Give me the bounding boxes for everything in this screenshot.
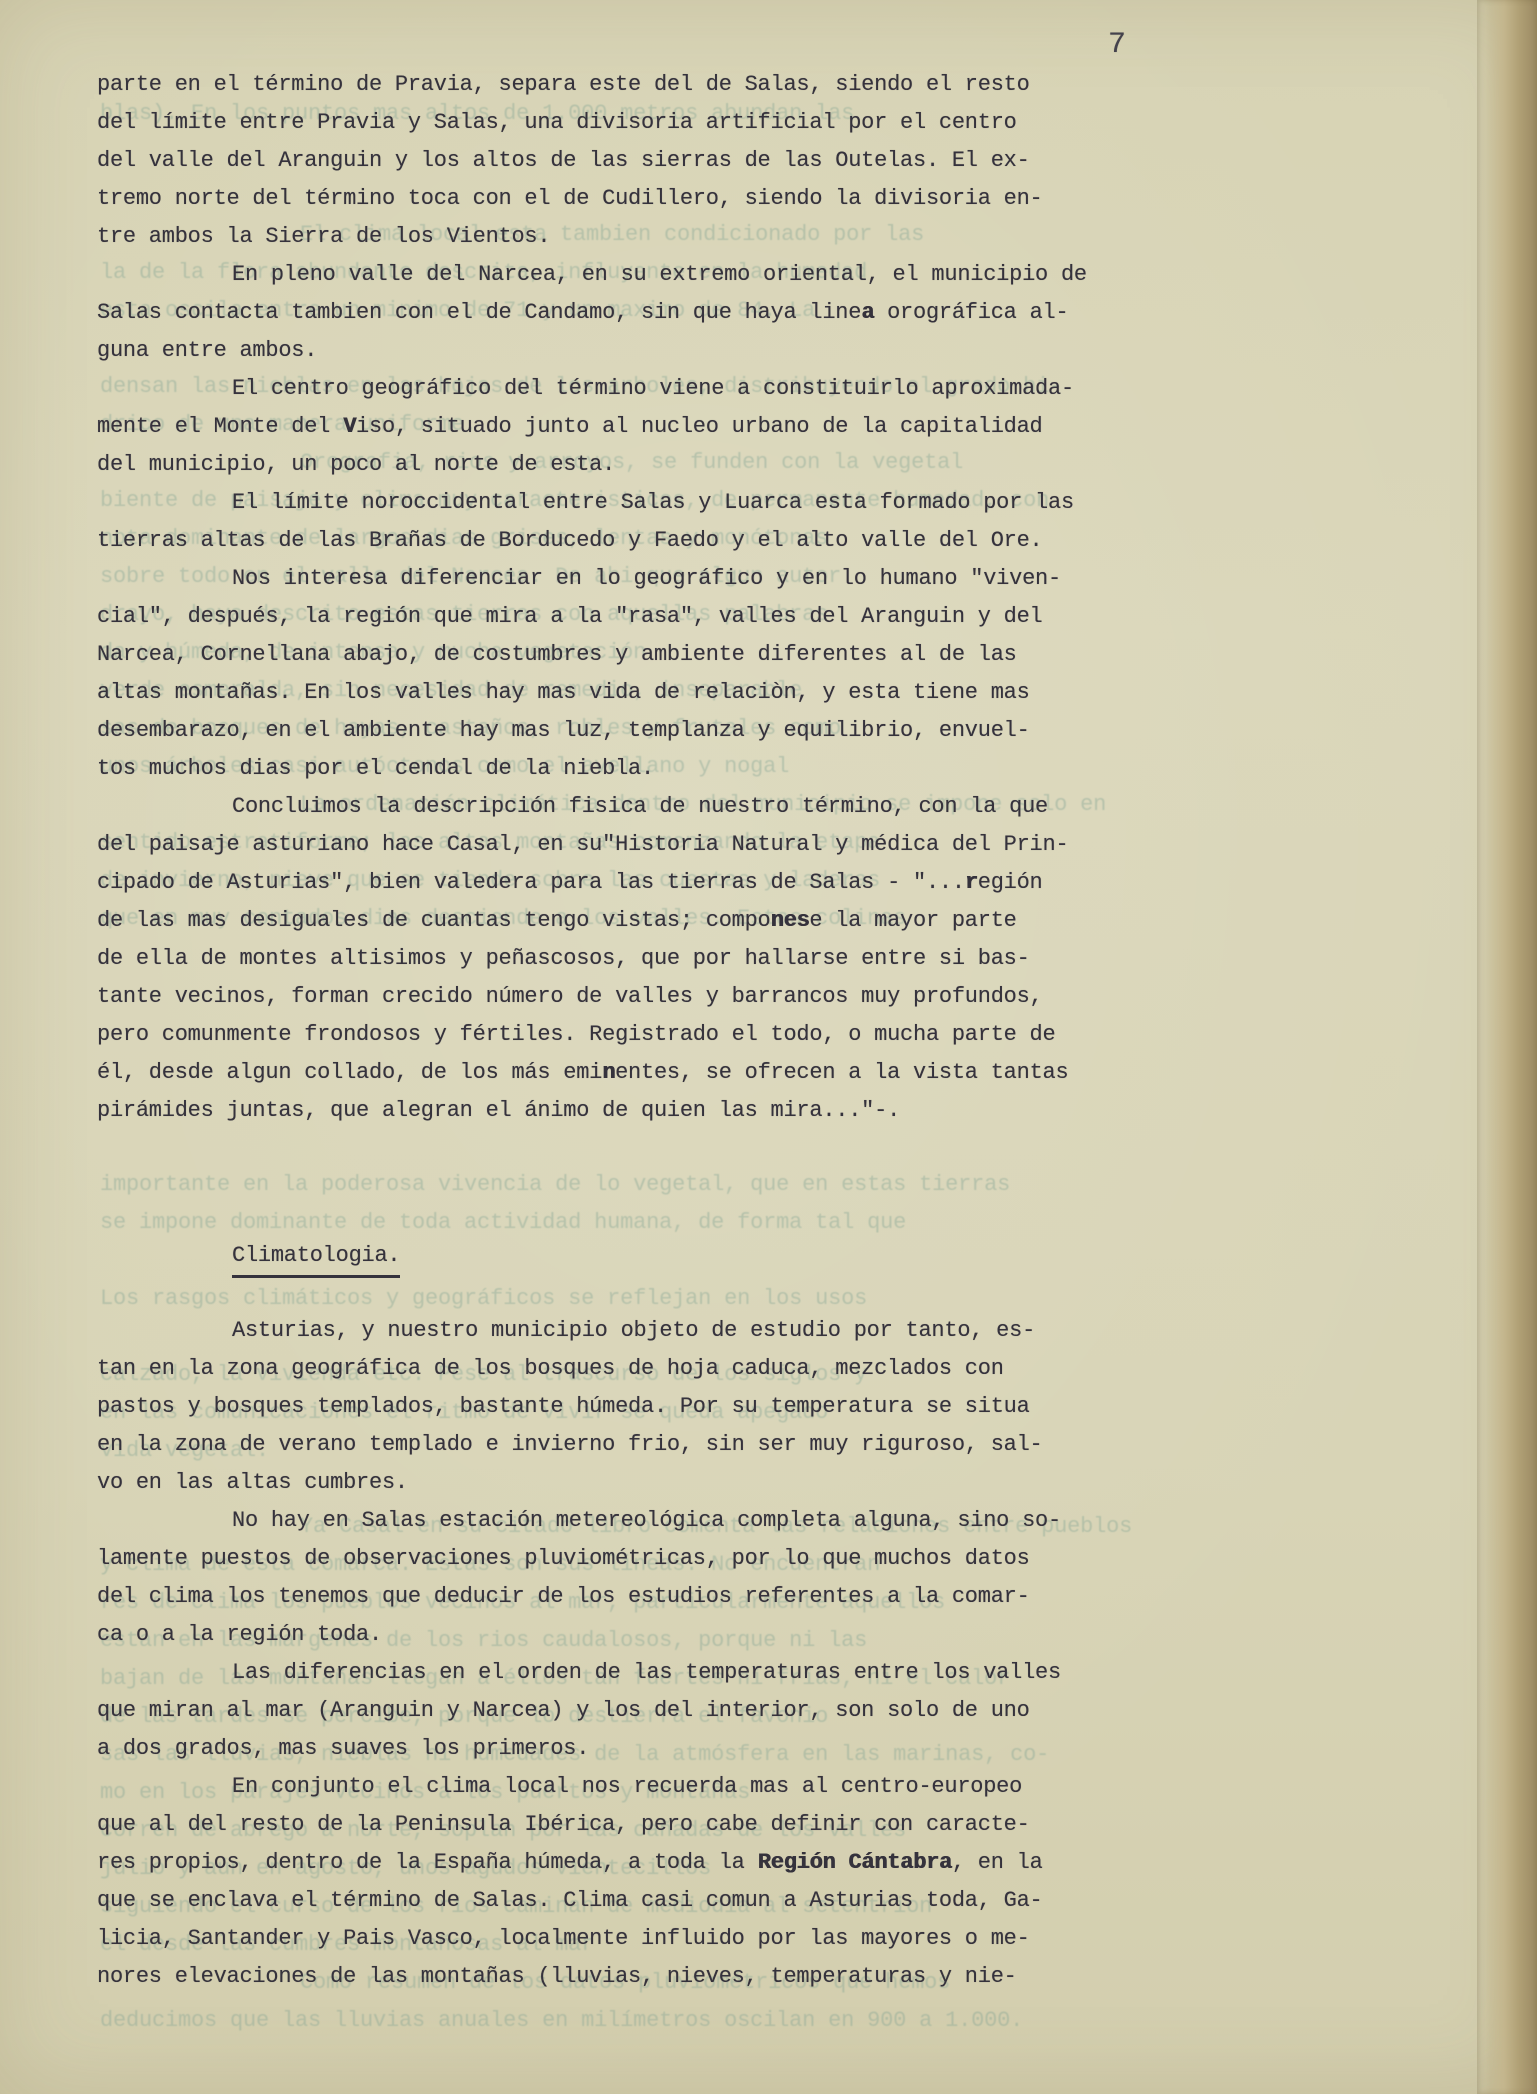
typed-line: pastos y bosques templados, bastante húm… (97, 1388, 1092, 1426)
typed-line: res propios, dentro de la España húmeda,… (97, 1844, 1092, 1882)
typed-line: de las mas desiguales de cuantas tengo v… (97, 902, 1092, 940)
typed-line: Nos interesa diferenciar en lo geográfic… (97, 560, 1092, 598)
typed-line: Salas contacta tambien con el de Candamo… (97, 294, 1092, 332)
page-number: 7 (1108, 28, 1126, 62)
typed-line: tremo norte del término toca con el de C… (97, 180, 1092, 218)
typed-line: licia, Santander y Pais Vasco, localment… (97, 1920, 1092, 1958)
typed-line: tante vecinos, forman crecido número de … (97, 978, 1092, 1016)
typed-line: en la zona de verano templado e invierno… (97, 1426, 1092, 1464)
typed-line: tre ambos la Sierra de los Vientos. (97, 218, 1092, 256)
paragraph-block-a: parte en el término de Pravia, separa es… (97, 66, 1092, 1130)
typed-line: cial", después, la región que mira a la … (97, 598, 1092, 636)
typed-line: del valle del Aranguin y los altos de la… (97, 142, 1092, 180)
typed-line: En pleno valle del Narcea, en su extremo… (97, 256, 1092, 294)
typed-line: él, desde algun collado, de los más emin… (97, 1054, 1092, 1092)
typed-line: tos muchos dias por el cendal de la nieb… (97, 750, 1092, 788)
typed-line: Asturias, y nuestro municipio objeto de … (97, 1312, 1092, 1350)
typed-line: Narcea, Cornellana abajo, de costumbres … (97, 636, 1092, 674)
typed-line: que al del resto de la Peninsula Ibérica… (97, 1806, 1092, 1844)
typed-line: del municipio, un poco al norte de esta. (97, 446, 1092, 484)
typed-line: pirámides juntas, que alegran el ánimo d… (97, 1092, 1092, 1130)
typed-line: parte en el término de Pravia, separa es… (97, 66, 1092, 104)
typed-line: desembarazo, en el ambiente hay mas luz,… (97, 712, 1092, 750)
typed-line: Las diferencias en el orden de las tempe… (97, 1654, 1092, 1692)
typed-line: del clima los tenemos que deducir de los… (97, 1578, 1092, 1616)
typed-line: lamente puestos de observaciones pluviom… (97, 1540, 1092, 1578)
typed-line: El límite noroccidental entre Salas y Lu… (97, 484, 1092, 522)
typed-line: altas montañas. En los valles hay mas vi… (97, 674, 1092, 712)
typed-line: No hay en Salas estación metereológica c… (97, 1502, 1092, 1540)
typed-line: que se enclava el término de Salas. Clim… (97, 1882, 1092, 1920)
bleedthrough-text: deducimos que las lluvias anuales en mil… (100, 2002, 1023, 2040)
typed-line: El centro geográfico del término viene a… (97, 370, 1092, 408)
typed-line: mente el Monte del Viso, situado junto a… (97, 408, 1092, 446)
paragraph-block-b: Asturias, y nuestro municipio objeto de … (97, 1312, 1092, 1996)
typed-line: En conjunto el clima local nos recuerda … (97, 1768, 1092, 1806)
typed-line: guna entre ambos. (97, 332, 1092, 370)
typed-line: cipado de Asturias", bien valedera para … (97, 864, 1092, 902)
typed-line: tierras altas de las Brañas de Borducedo… (97, 522, 1092, 560)
section-heading: Climatologia. (232, 1237, 400, 1278)
typed-line: de ella de montes altisimos y peñascosos… (97, 940, 1092, 978)
typed-line: Concluimos la descripción fisica de nues… (97, 788, 1092, 826)
typed-line: del límite entre Pravia y Salas, una div… (97, 104, 1092, 142)
typed-line: tan en la zona geográfica de los bosques… (97, 1350, 1092, 1388)
typed-line: nores elevaciones de las montañas (lluvi… (97, 1958, 1092, 1996)
typed-line: ca o a la región toda. (97, 1616, 1092, 1654)
typed-line: del paisaje asturiano hace Casal, en su"… (97, 826, 1092, 864)
page-binding-edge (1477, 0, 1537, 2094)
text-block: parte en el término de Pravia, separa es… (97, 66, 1092, 1996)
document-page: blas). En los puntos mas altos de 1.000 … (0, 0, 1537, 2094)
typed-line: a dos grados, mas suaves los primeros. (97, 1730, 1092, 1768)
typed-line: que miran al mar (Aranguin y Narcea) y l… (97, 1692, 1092, 1730)
typed-line: vo en las altas cumbres. (97, 1464, 1092, 1502)
typed-line: pero comunmente frondosos y fértiles. Re… (97, 1016, 1092, 1054)
